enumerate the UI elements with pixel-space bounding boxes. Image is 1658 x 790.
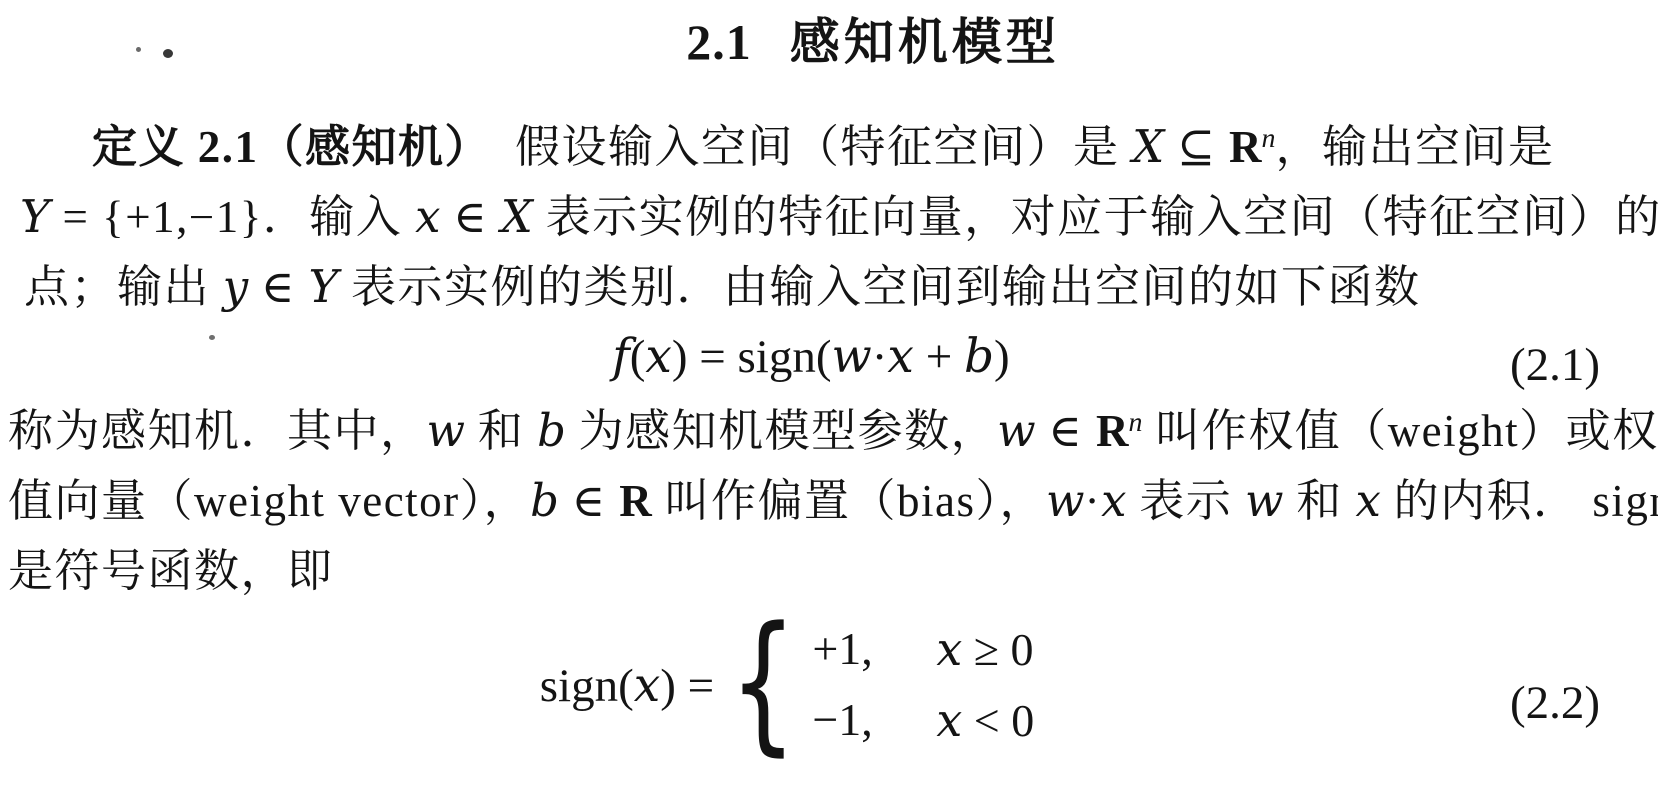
paragraph-line: 称为感知机．其中，w 和 b 为感知机模型参数，w ∈ Rn 叫作权值（weig… [8, 402, 1658, 467]
paragraph-line: 点；输出 y ∈ Y 表示实例的类别．由输入空间到输出空间的如下函数 [24, 258, 1421, 316]
case-condition: x ≥ 0 [936, 614, 1033, 685]
case-value: +1, [812, 614, 936, 685]
equation-number: (2.2) [1510, 676, 1600, 730]
paragraph-line: 是符号函数，即 [8, 542, 334, 600]
formula: f(x) = sign(w·x + b) [612, 326, 1009, 388]
paragraph-line: 值向量（weight vector），b ∈ R 叫作偏置（bias），w·x … [8, 472, 1658, 530]
section-heading: 2.1感知机模型 [0, 2, 1658, 74]
case-row: −1, x < 0 [812, 685, 1034, 756]
equation-number: (2.1) [1510, 338, 1600, 392]
equation-2-2: sign(x) = { +1, x ≥ 0 −1, x < 0 [0, 608, 1658, 762]
section-number: 2.1 [686, 14, 752, 70]
cases-column: +1, x ≥ 0 −1, x < 0 [812, 614, 1034, 756]
case-condition: x < 0 [936, 685, 1034, 756]
equation-2-1: f(x) = sign(w·x + b) [0, 326, 1658, 388]
formula-lhs: sign(x) = [540, 658, 714, 713]
section-title: 感知机模型 [790, 14, 1060, 70]
cases-brace: { [729, 607, 797, 758]
cases-formula: sign(x) = { +1, x ≥ 0 −1, x < 0 [540, 608, 1035, 762]
case-value: −1, [812, 685, 936, 756]
paragraph-line: 定义 2.1（感知机） 假设输入空间（特征空间）是 X ⊆ Rn，输出空间是 [92, 118, 1555, 183]
scanned-textbook-page: 2.1感知机模型 定义 2.1（感知机） 假设输入空间（特征空间）是 X ⊆ R… [0, 0, 1658, 790]
paragraph-line: Y = {+1,−1}．输入 x ∈ X 表示实例的特征向量，对应于输入空间（特… [20, 188, 1658, 246]
case-row: +1, x ≥ 0 [812, 614, 1034, 685]
